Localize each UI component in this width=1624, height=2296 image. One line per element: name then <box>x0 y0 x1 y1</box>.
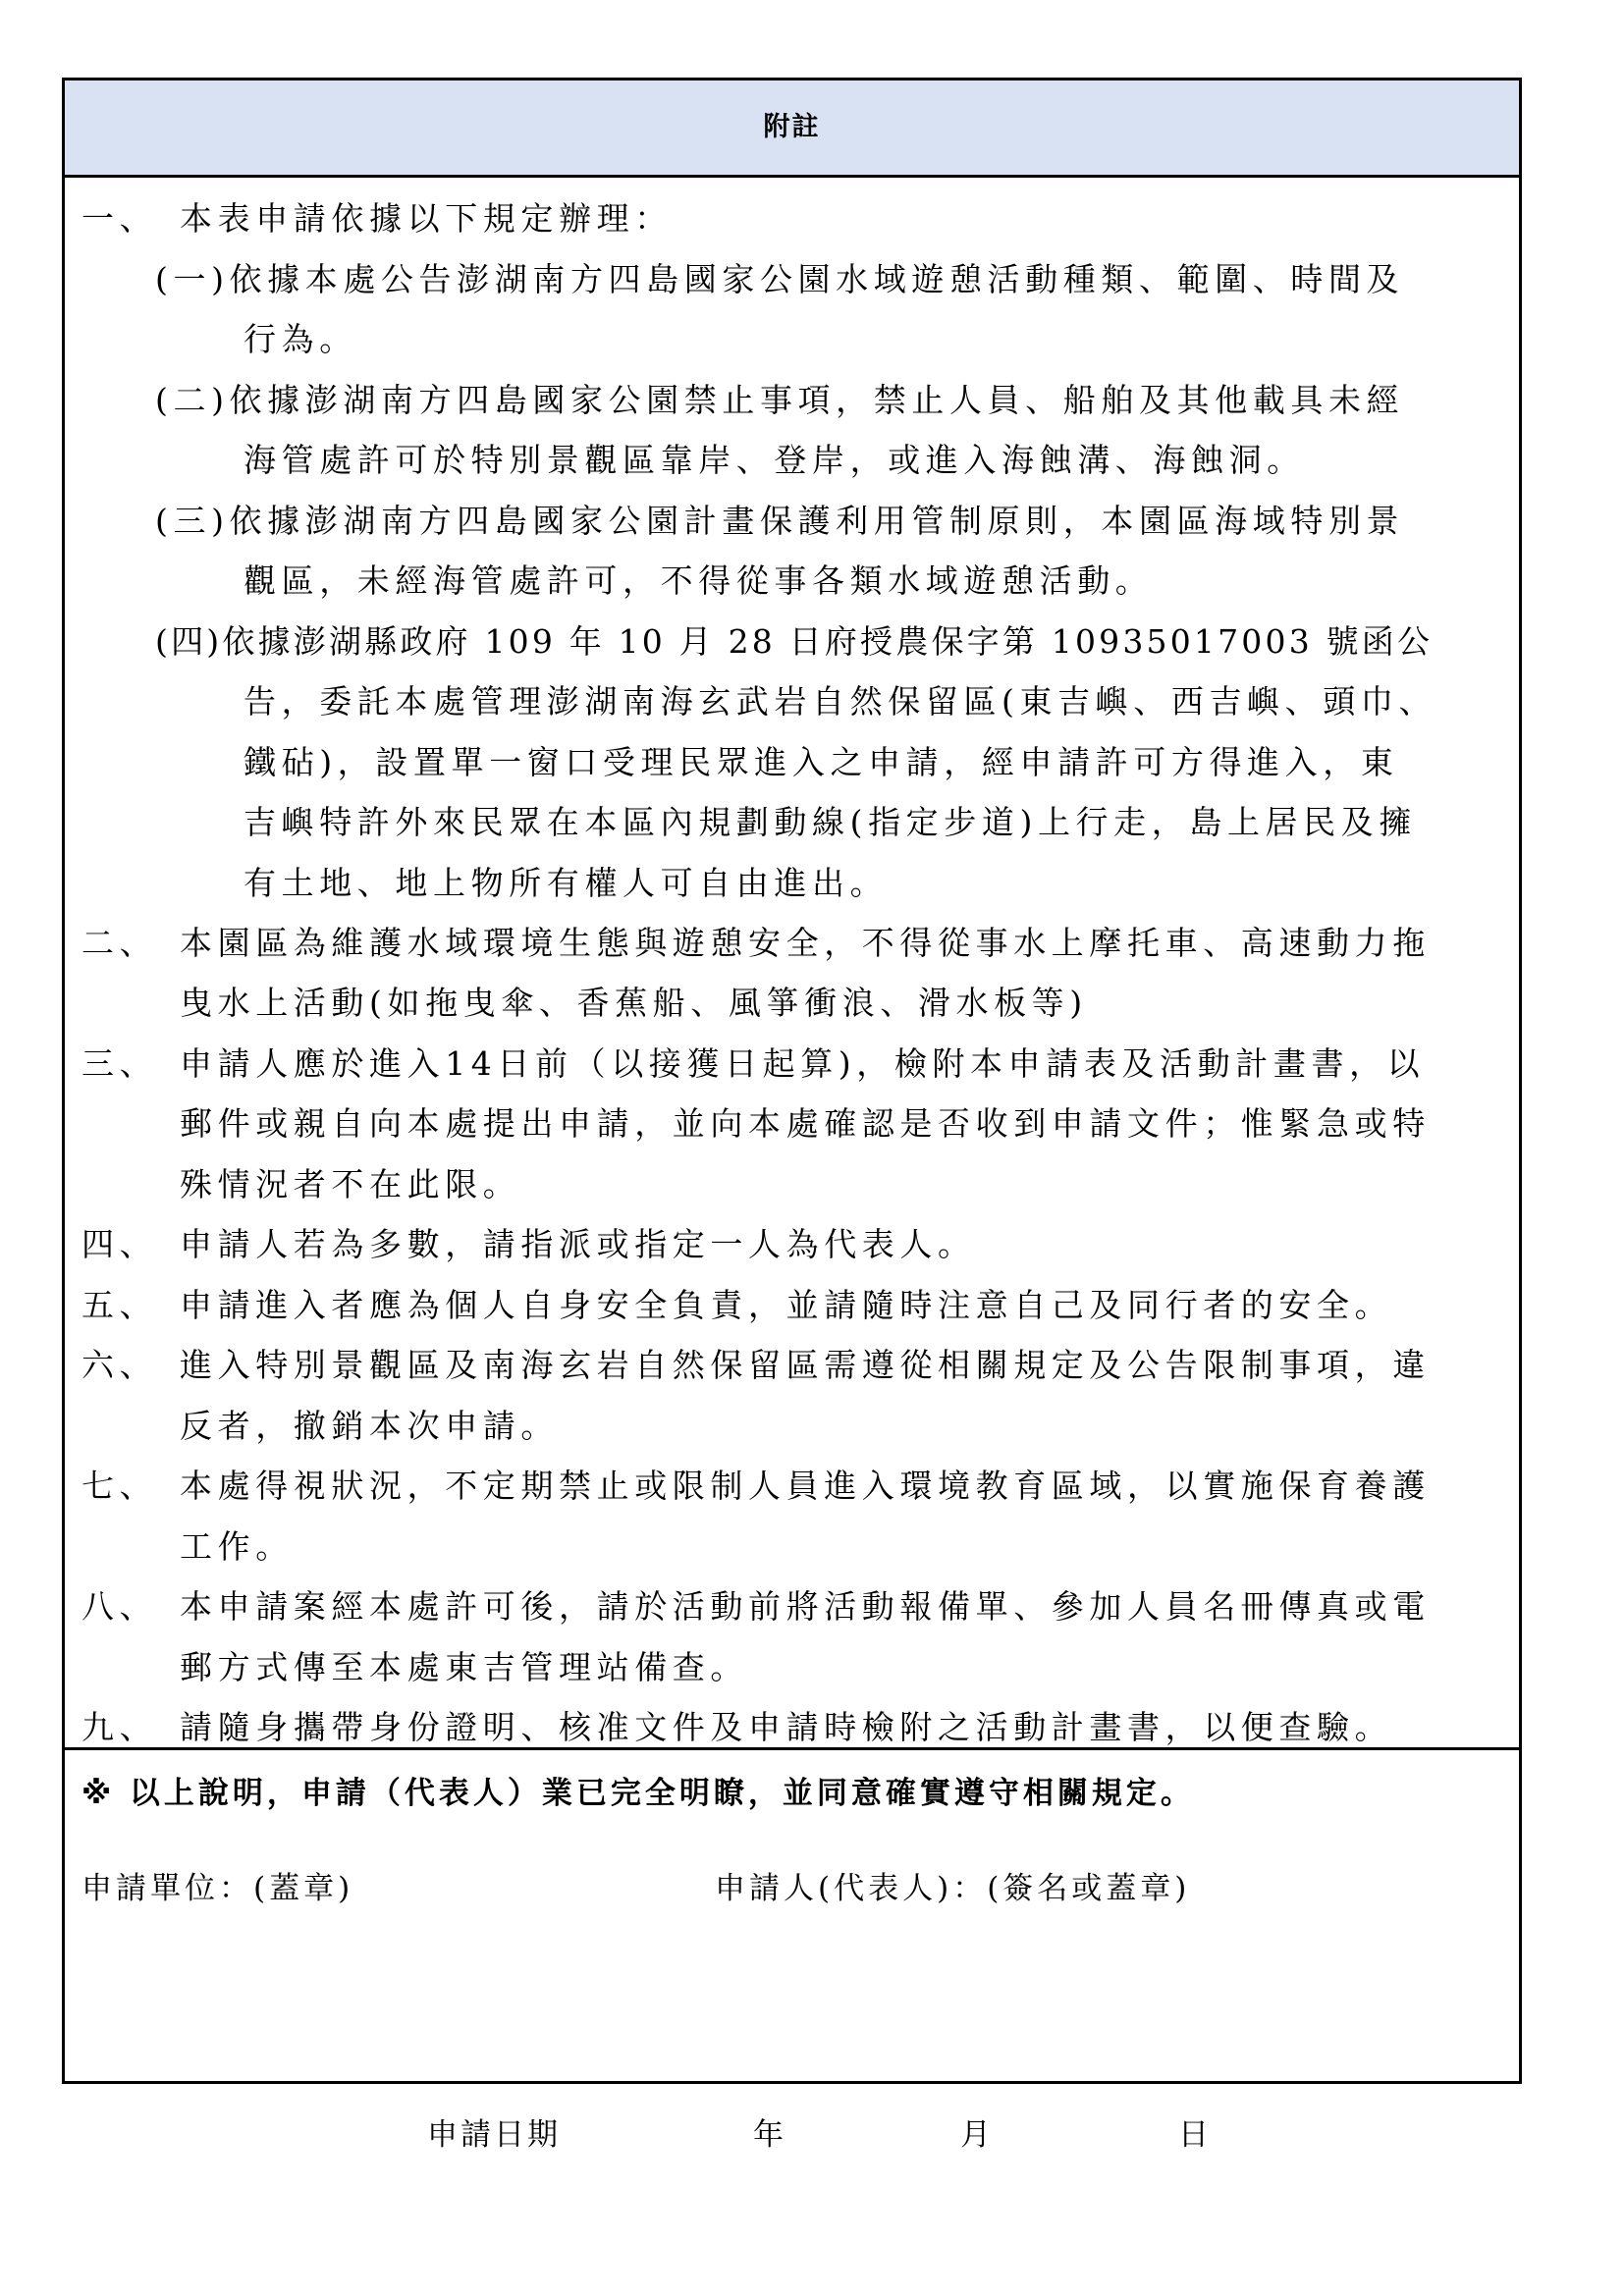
date-month-label: 月 <box>960 2115 994 2155</box>
item-marker-2: 二、 <box>81 924 157 963</box>
signature-area[interactable] <box>65 1916 1519 2078</box>
date-year-label: 年 <box>753 2115 786 2155</box>
date-label: 申請日期 <box>427 2115 561 2155</box>
table-header: 附註 <box>65 80 1519 178</box>
item-4-line-1: 申請人若為多數，請指派或指定一人為代表人。 <box>180 1225 976 1264</box>
item-2-line-2: 曳水上活動(如拖曳傘、香蕉船、風箏衝浪、滑水板等) <box>180 984 1088 1023</box>
item-1-line-1: 本表申請依據以下規定辦理： <box>180 199 673 239</box>
subitem-2-line-1: (二)依據澎湖南方四島國家公園禁止事項，禁止人員、船舶及其他載具未經 <box>155 381 1404 420</box>
applicant-representative-label: 申請人(代表人)：(簽名或蓋章) <box>715 1869 1190 1908</box>
item-5-line-1: 申請進入者應為個人自身安全負責，並請隨時注意自己及同行者的安全。 <box>180 1286 1392 1325</box>
item-7-line-1: 本處得視狀況，不定期禁止或限制人員進入環境教育區域，以實施保育養護 <box>180 1467 1431 1506</box>
item-6-line-2: 反者，撤銷本次申請。 <box>180 1407 559 1446</box>
subitem-1-line-2: 行為。 <box>244 320 357 359</box>
subitem-3-line-2: 觀區，未經海管處許可，不得從事各類水域遊憩活動。 <box>244 561 1153 601</box>
subitem-3-line-1: (三)依據澎湖南方四島國家公園計畫保護利用管制原則，本園區海域特別景 <box>155 502 1404 541</box>
item-3-line-1: 申請人應於進入14日前（以接獲日起算)，檢附本申請表及活動計畫書，以 <box>180 1044 1425 1084</box>
item-marker-7: 七、 <box>81 1467 157 1506</box>
subitem-2-line-2: 海管處許可於特別景觀區靠岸、登岸，或進入海蝕溝、海蝕洞。 <box>244 441 1305 480</box>
item-marker-9: 九、 <box>81 1708 157 1747</box>
notes-table: 附註 一、 本表申請依據以下規定辦理： (一)依據本處公告澎湖南方四島國家公園水… <box>62 78 1522 2084</box>
subitem-4-line-4: 吉嶼特許外來民眾在本區內規劃動線(指定步道)上行走，島上居民及擁 <box>244 803 1417 842</box>
header-title: 附註 <box>65 80 1519 175</box>
item-7-line-2: 工作。 <box>180 1527 294 1567</box>
item-marker-3: 三、 <box>81 1044 157 1084</box>
item-9-line-1: 請隨身攜帶身份證明、核准文件及申請時檢附之活動計畫書，以便查驗。 <box>180 1708 1392 1747</box>
item-8-line-1: 本申請案經本處許可後，請於活動前將活動報備單、參加人員名冊傳真或電 <box>180 1587 1431 1627</box>
item-marker-6: 六、 <box>81 1346 157 1385</box>
subitem-1-line-1: (一)依據本處公告澎湖南方四島國家公園水域遊憩活動種類、範圍、時間及 <box>155 260 1404 299</box>
item-marker-5: 五、 <box>81 1286 157 1325</box>
date-day-label: 日 <box>1178 2115 1212 2155</box>
item-3-line-3: 殊情況者不在此限。 <box>180 1165 520 1204</box>
subitem-4-line-5: 有土地、地上物所有權人可自由進出。 <box>244 864 888 903</box>
applicant-unit-label: 申請單位：(蓋章) <box>81 1869 353 1908</box>
item-marker-4: 四、 <box>81 1225 157 1264</box>
section-divider <box>65 1747 1519 1750</box>
item-marker-1: 一、 <box>81 199 157 239</box>
item-3-line-2: 郵件或親自向本處提出申請，並向本處確認是否收到申請文件；惟緊急或特 <box>180 1104 1431 1144</box>
agreement-statement: ※ 以上說明，申請（代表人）業已完全明瞭，並同意確實遵守相關規定。 <box>81 1774 1195 1813</box>
subitem-4-line-2: 告，委託本處管理澎湖南海玄武岩自然保留區(東吉嶼、西吉嶼、頭巾、 <box>244 682 1436 721</box>
subitem-4-line-3: 鐵砧)，設置單一窗口受理民眾進入之申請，經申請許可方得進入，東 <box>244 743 1398 782</box>
item-6-line-1: 進入特別景觀區及南海玄岩自然保留區需遵從相關規定及公告限制事項，違 <box>180 1346 1431 1385</box>
item-2-line-1: 本園區為維護水域環境生態與遊憩安全，不得從事水上摩托車、高速動力拖 <box>180 924 1431 963</box>
subitem-4-line-1: (四)依據澎湖縣政府 109 年 10 月 28 日府授農保字第 1093501… <box>155 622 1433 662</box>
item-8-line-2: 郵方式傳至本處東吉管理站備查。 <box>180 1648 748 1687</box>
item-marker-8: 八、 <box>81 1587 157 1627</box>
